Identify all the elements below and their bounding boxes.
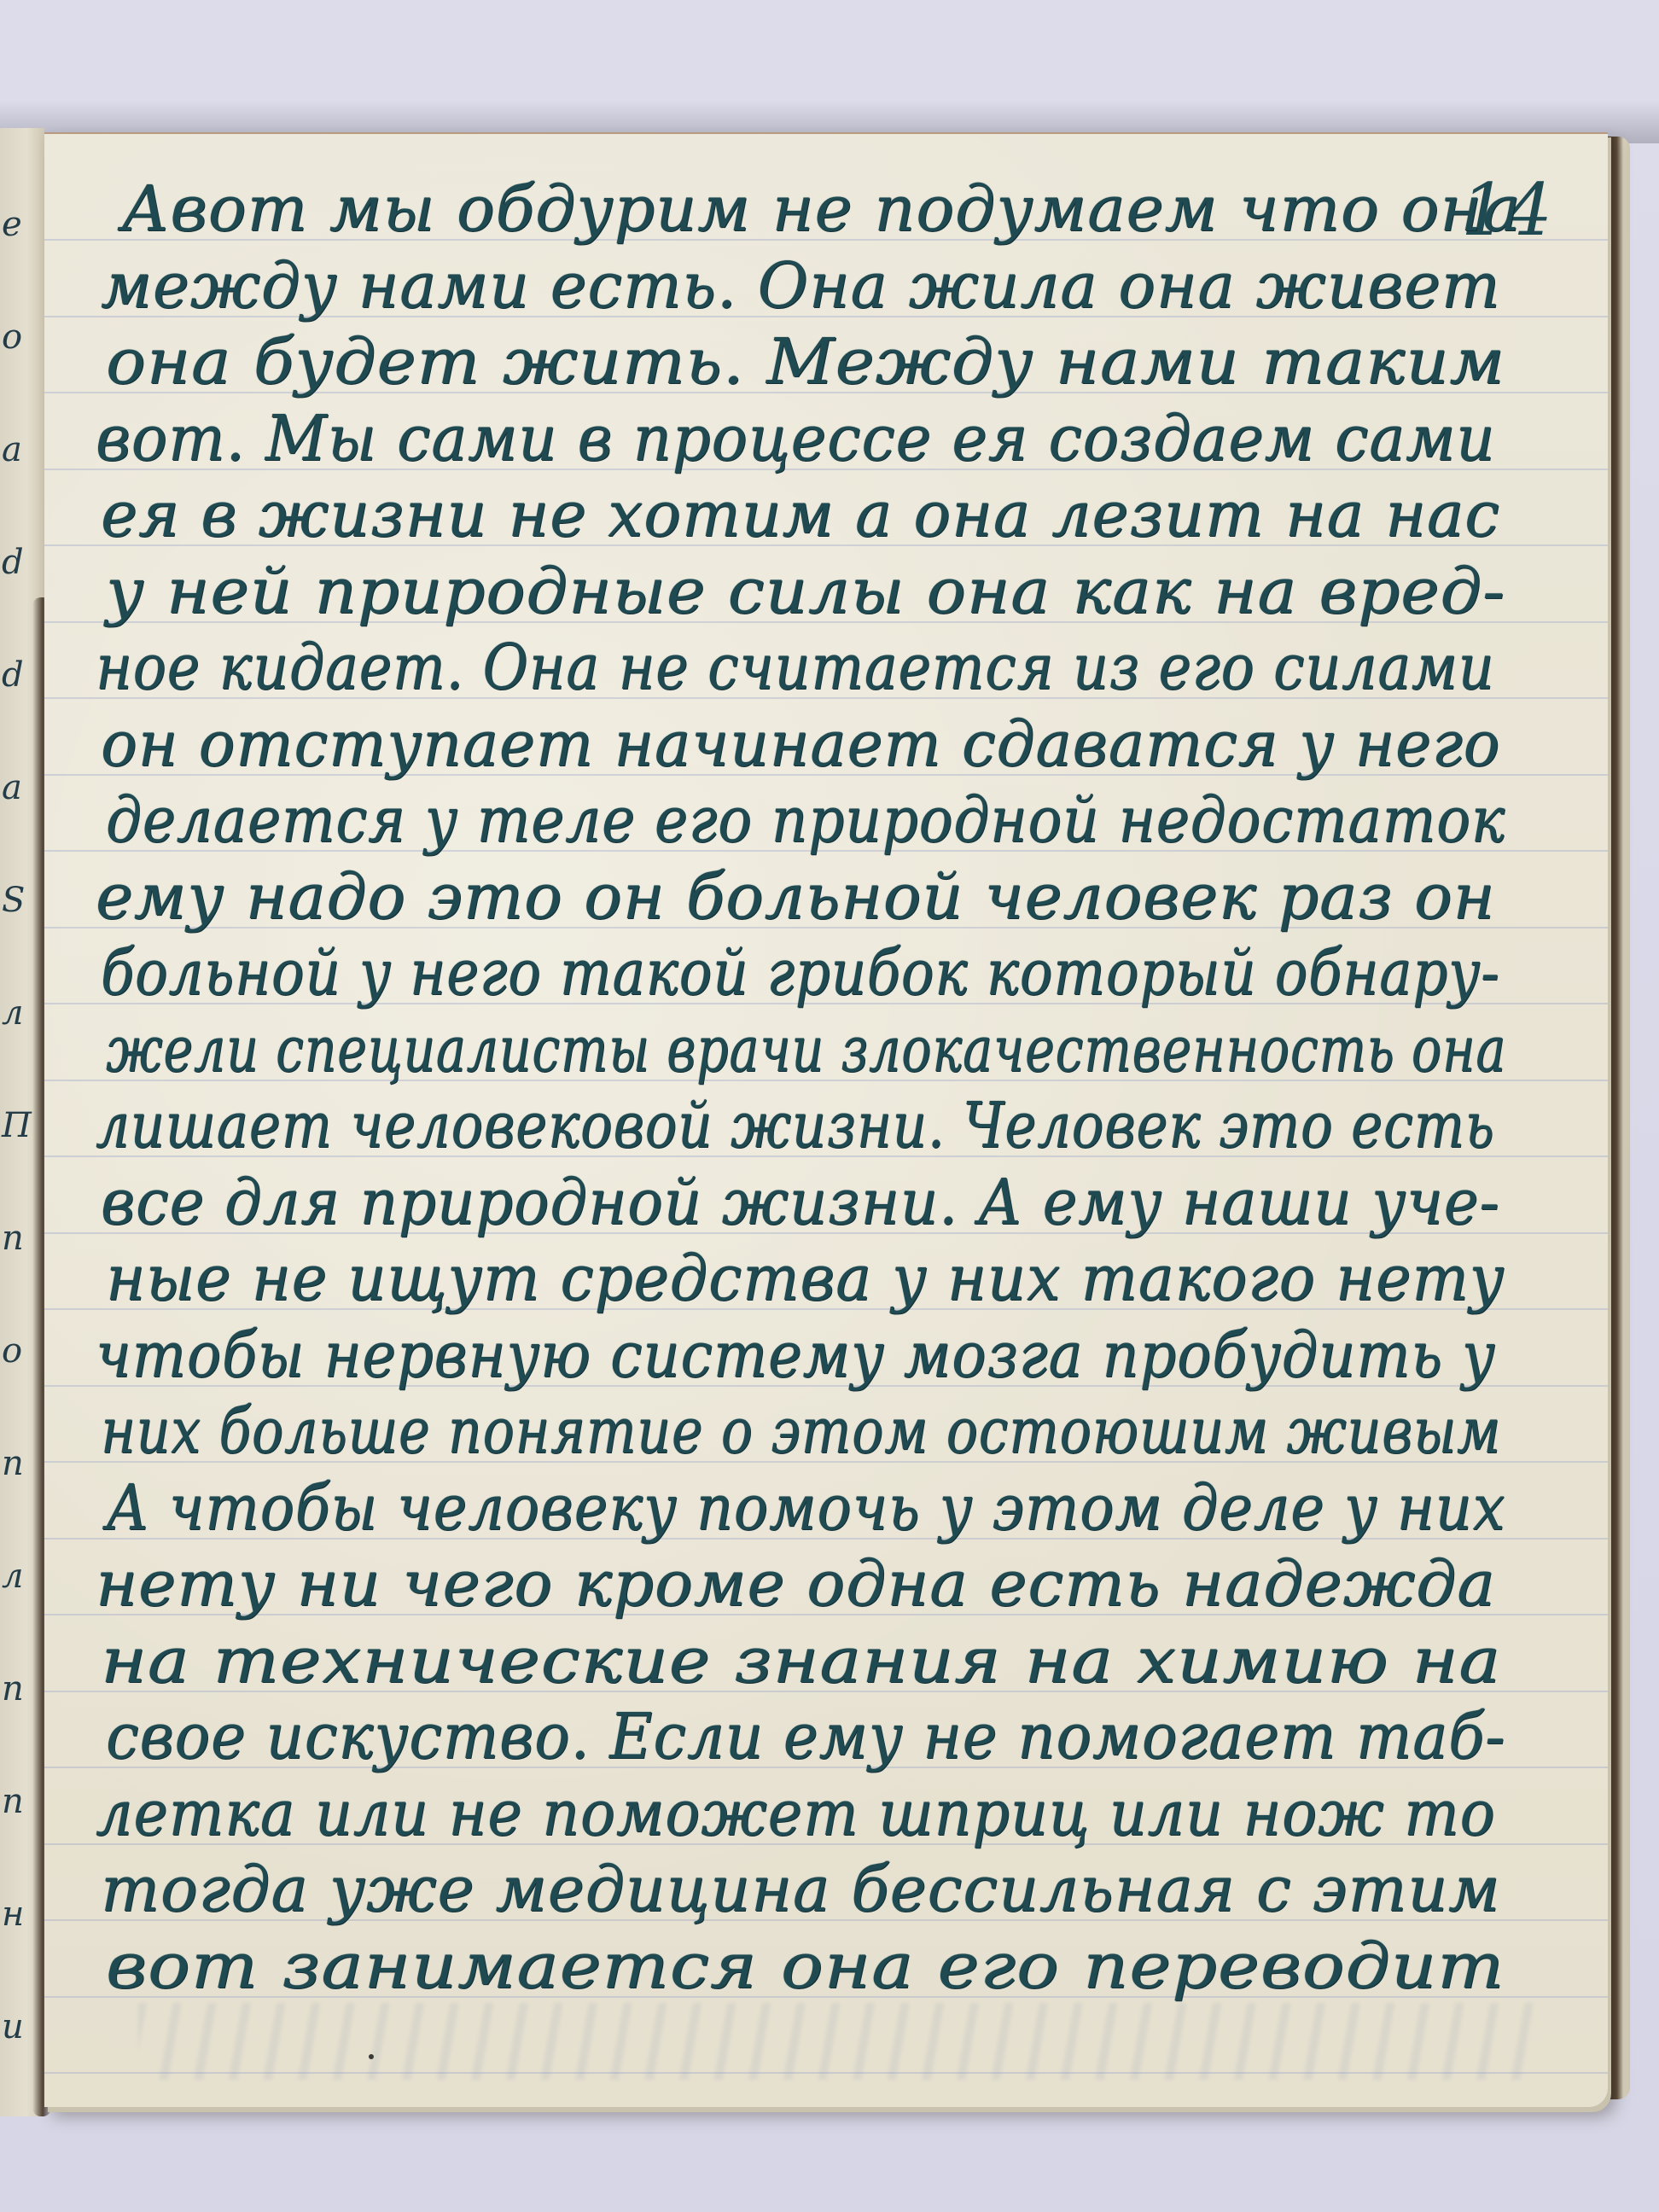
- previous-page-letter: d: [2, 655, 24, 695]
- previous-page-letter: и: [2, 2007, 24, 2046]
- ink-bleed-through: [138, 2003, 1546, 2080]
- previous-page-letter: н: [2, 1895, 24, 1934]
- previous-page-letter: d: [2, 543, 24, 582]
- handwritten-line: нету ни чего кроме одна есть надежда: [96, 1547, 1496, 1621]
- handwritten-line: ея в жизни не хотим а она лезит на нас: [101, 478, 1500, 551]
- previous-page-letter: п: [2, 1669, 24, 1708]
- handwritten-line: Авот мы обдурим не подумаем что она: [121, 172, 1522, 246]
- handwritten-line: на технические знания на химию на: [101, 1624, 1501, 1697]
- handwritten-line: ное кидает. Она не считается из его сила…: [96, 631, 1494, 704]
- handwritten-line: жели специалисты врачи злокачественность…: [106, 1013, 1506, 1086]
- handwritten-line: все для природной жизни. А ему наши уче-: [101, 1166, 1500, 1239]
- handwritten-line: она будет жить. Между нами таким: [106, 325, 1505, 399]
- handwritten-line: них больше понятие о этом остоюшим живым: [101, 1394, 1501, 1468]
- handwritten-line: вот занимается она его переводит: [106, 1930, 1505, 2003]
- previous-page-letter: a: [2, 768, 22, 807]
- handwritten-line: тогда уже медицина бессильная с этим: [101, 1853, 1500, 1926]
- handwritten-line: свое искуство. Если ему не помогает таб-: [106, 1700, 1505, 1773]
- handwritten-line: ные не ищут средства у них такого нету: [106, 1242, 1505, 1315]
- handwritten-line: ему надо это он больной человек раз он: [96, 860, 1495, 934]
- ruled-line: [44, 2072, 1608, 2074]
- previous-page-letter: п: [2, 1782, 24, 1821]
- handwritten-line: у ней природные силы она как на вред-: [106, 555, 1505, 628]
- previous-page-letter: о: [2, 317, 22, 357]
- paper-speck: [369, 2054, 374, 2059]
- previous-page-letter: п: [2, 1444, 24, 1483]
- previous-page-letter: S: [2, 881, 25, 920]
- handwritten-line: А чтобы человеку помочь у этом деле у ни…: [106, 1471, 1505, 1545]
- handwritten-line: между нами есть. Она жила она живет: [101, 249, 1500, 323]
- page-stack-edge: [1608, 137, 1630, 2099]
- handwritten-line: он отступает начинает сдаватся у него: [101, 707, 1500, 781]
- notebook-page: 14 Авот мы обдурим не подумаем что онаме…: [44, 132, 1608, 2107]
- handwritten-line: летка или не поможет шприц или нож то: [96, 1777, 1495, 1850]
- previous-page-letter: е: [2, 205, 22, 244]
- previous-page-letter: П: [2, 1106, 32, 1145]
- handwritten-line: делается у теле его природной недостаток: [106, 783, 1505, 857]
- handwritten-line: больной у него такой грибок который обна…: [101, 936, 1500, 1010]
- handwritten-line: чтобы нервную систему мозга пробудить у: [96, 1318, 1496, 1392]
- previous-page-letter: а: [2, 430, 22, 469]
- previous-page-letter: л: [2, 993, 23, 1033]
- handwritten-line: лишает человековой жизни. Человек это ес…: [96, 1089, 1495, 1162]
- previous-page-letter: л: [2, 1557, 23, 1596]
- previous-page-letter: п: [2, 1219, 24, 1258]
- handwritten-line: вот. Мы сами в процессе ея создаем сами: [96, 402, 1495, 475]
- previous-page-letter: о: [2, 1331, 22, 1371]
